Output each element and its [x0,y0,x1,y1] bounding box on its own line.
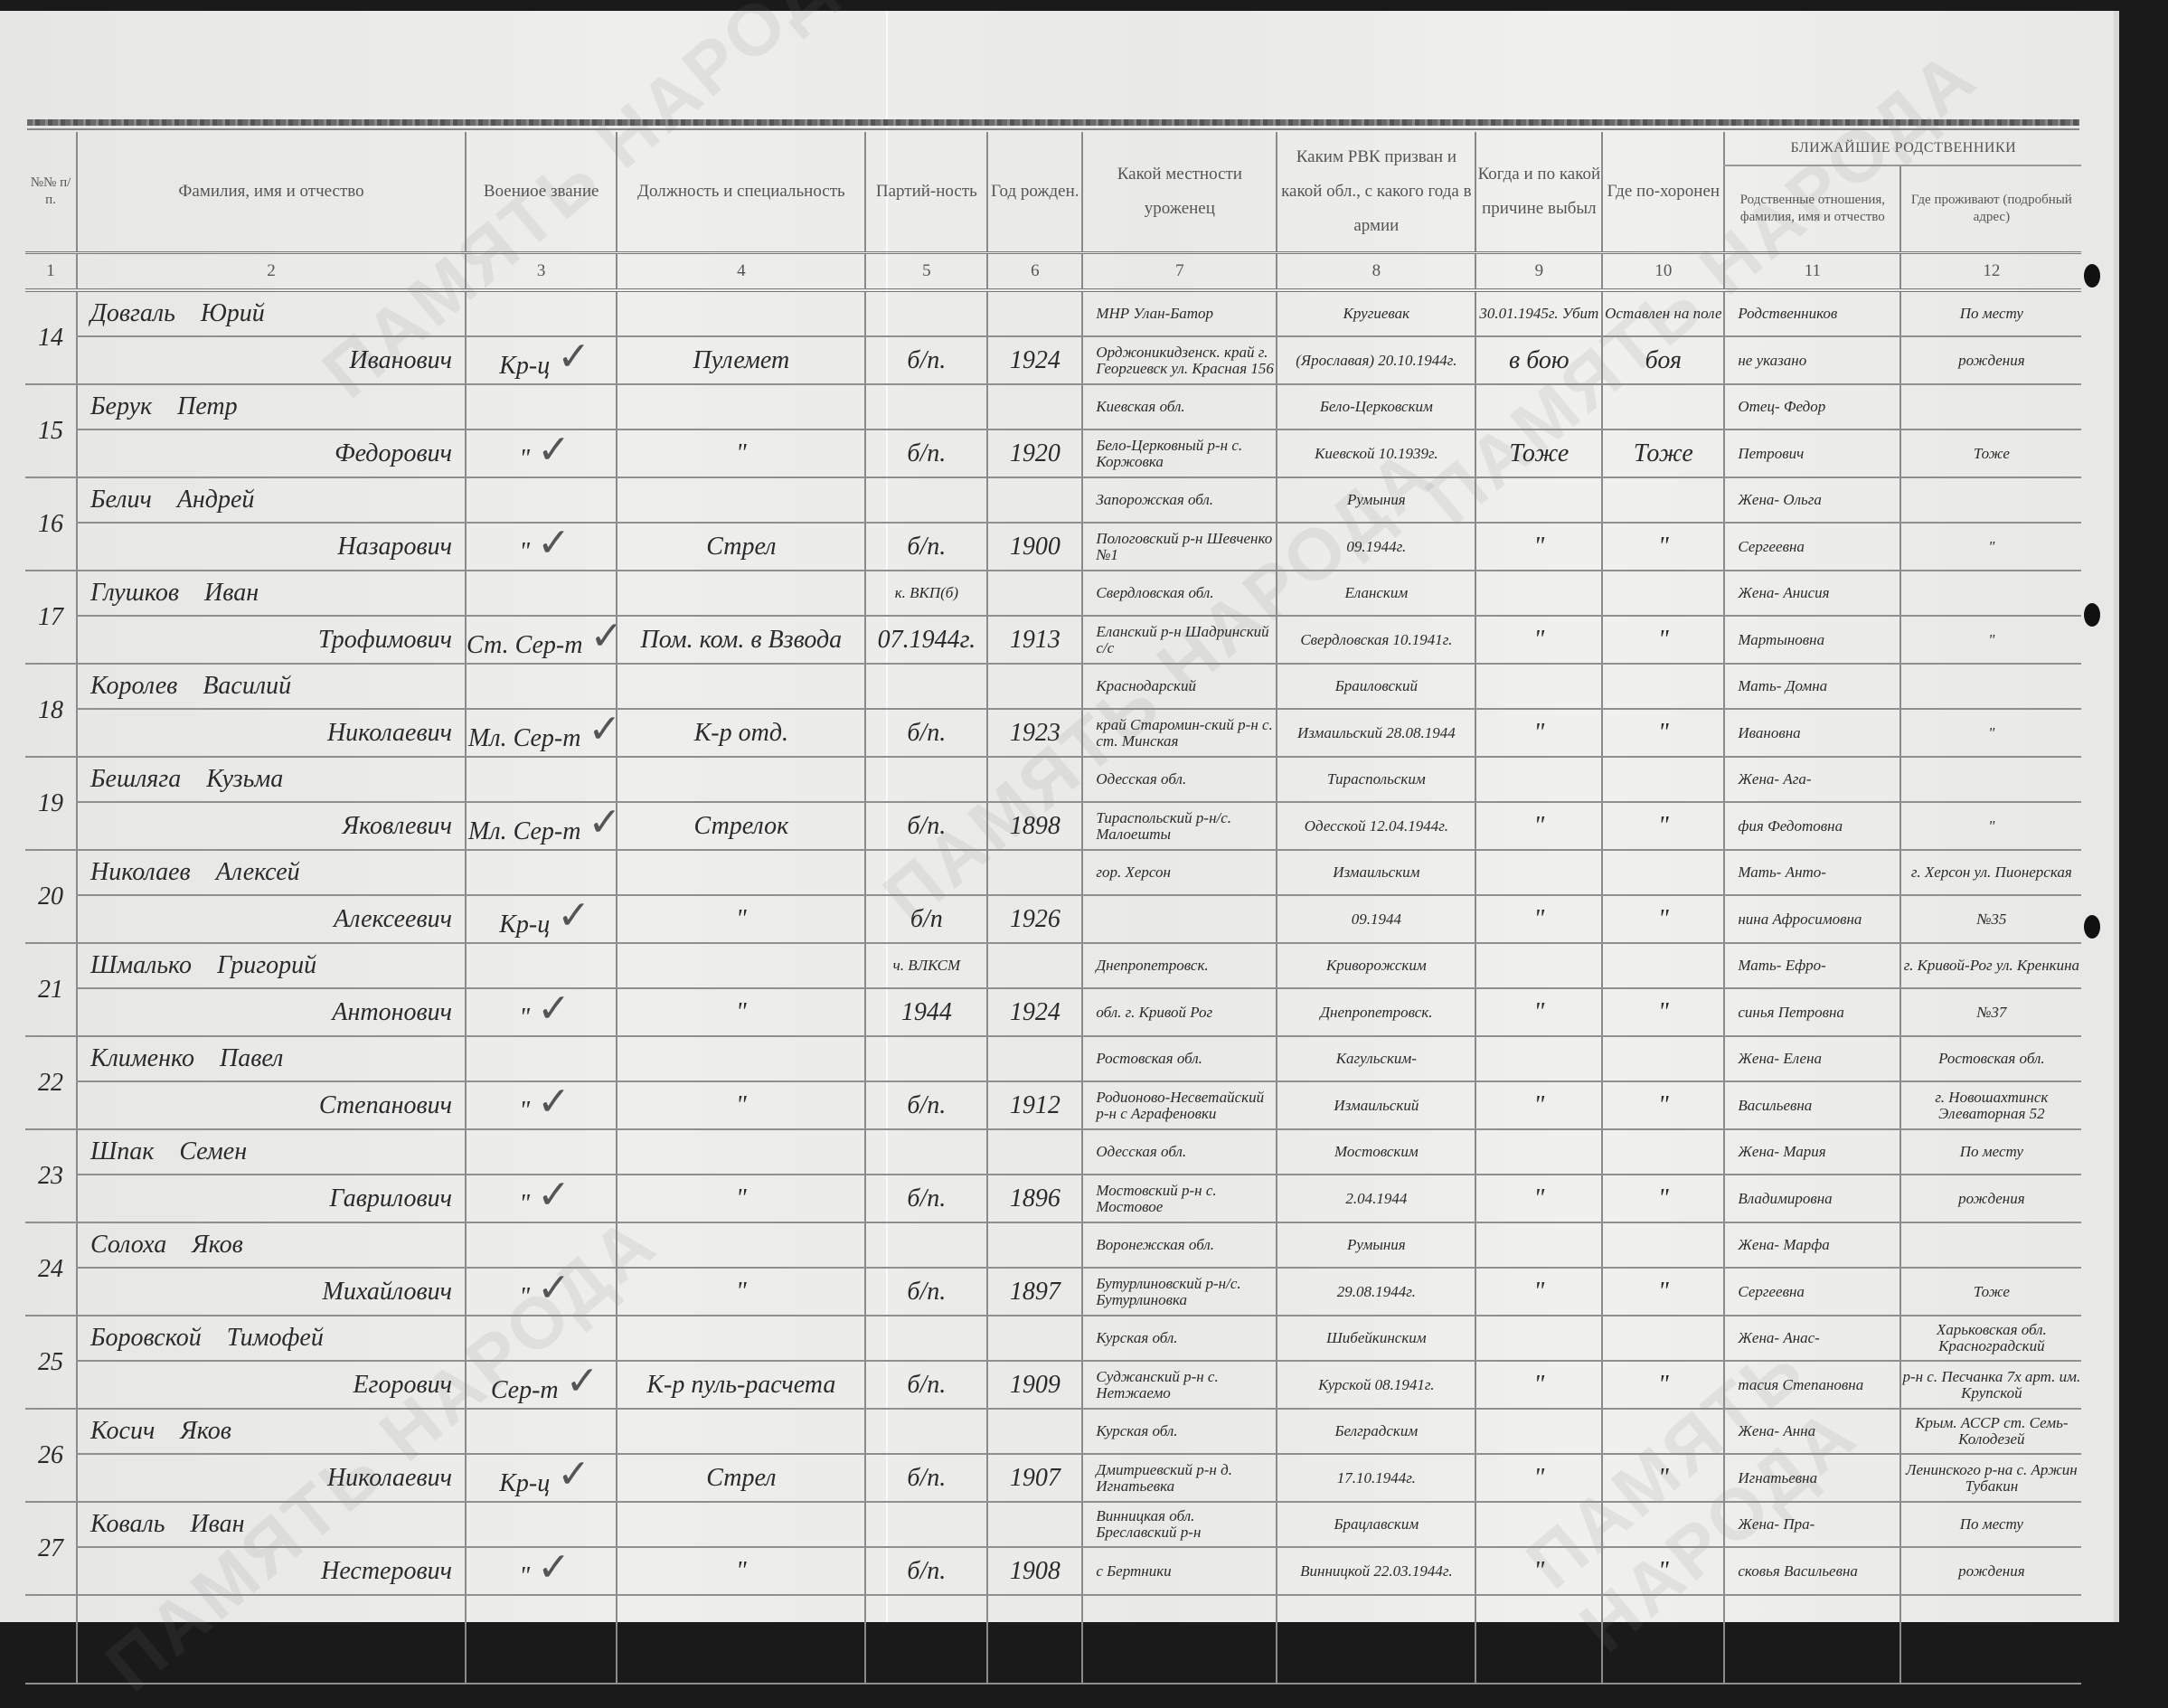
punch-hole [2084,603,2100,627]
party: б/п. [865,1081,987,1129]
row-number: 14 [25,290,77,384]
when-line1 [1475,1036,1602,1081]
table-row-line1: 19 Бешляга Кузьма Одесская обл. Тираспол… [25,757,2081,802]
origin-line1: Запорожская обл. [1082,477,1277,523]
party-line1 [865,1409,987,1454]
surname-name: Шмалько Григорий [77,943,466,988]
col-header-2: Фамилия, имя и отчество [77,132,466,253]
col-header-6: Год рожден. [987,132,1082,253]
row-number: 22 [25,1036,77,1129]
patronymic: Яковлевич [77,802,466,850]
buried-line2: " [1602,616,1724,664]
buried-line1 [1602,477,1724,523]
address-line2: Тоже [1900,1268,2081,1316]
when-line2: " [1475,1268,1602,1316]
relative-line2: Ивановна [1724,709,1900,757]
table-row-line1: 15 Берук Петр Киевская обл. Бело-Церковс… [25,384,2081,429]
origin-line2: Мостовский р-н с. Мостовое [1082,1175,1277,1222]
patronymic: Назарович [77,523,466,571]
empty-cell [466,1595,617,1634]
year-blank [987,757,1082,802]
table-row-line2: Антонович "✓ " 1944 1924 обл. г. Кривой … [25,988,2081,1036]
party-line1 [865,1129,987,1175]
origin-line2: с Бертники [1082,1547,1277,1595]
relative-line2: синья Петровна [1724,988,1900,1036]
rank-blank [466,477,617,523]
rvk-line2: Свердловская 10.1941г. [1277,616,1475,664]
when-line2: Тоже [1475,429,1602,477]
when-line1 [1475,943,1602,988]
year-blank [987,477,1082,523]
col-header-11: Родственные отношения, фамилия, имя и от… [1724,165,1900,253]
relative-line2: Владимировна [1724,1175,1900,1222]
buried-line1 [1602,1316,1724,1361]
rvk-line2: Киевской 10.1939г. [1277,429,1475,477]
address-line1: г. Кривой-Рог ул. Кренкина [1900,943,2081,988]
address-line2: рождения [1900,1547,2081,1595]
patronymic: Степанович [77,1081,466,1129]
rank-blank [466,664,617,709]
surname-name: Клименко Павел [77,1036,466,1081]
when-line1: 30.01.1945г. Убит [1475,290,1602,336]
buried-line1 [1602,1036,1724,1081]
buried-line2: " [1602,988,1724,1036]
document-sheet: ПАМЯТЬ НАРОДА ПАМЯТЬ НАРОДА ПАМЯТЬ НАРОД… [0,11,2119,1622]
party-line1 [865,664,987,709]
party-line1: ч. ВЛКСМ [865,943,987,988]
party-line1 [865,850,987,895]
rank: "✓ [466,1547,617,1595]
relative-line1: Жена- Пра- [1724,1502,1900,1547]
position-blank [617,1222,865,1268]
party-line1 [865,477,987,523]
table-row-line2: Николаевич Мл. Сер-т✓ К-р отд. б/п. 1923… [25,709,2081,757]
party: 07.1944г. [865,616,987,664]
party: б/п. [865,1547,987,1595]
rvk-line1: Криворожским [1277,943,1475,988]
checkmark-icon: ✓ [588,802,617,845]
address-line2: " [1900,616,2081,664]
relative-line2: не указано [1724,336,1900,384]
col-number: 7 [1082,253,1277,291]
rank: Сер-т✓ [466,1361,617,1409]
surname-name: Шпак Семен [77,1129,466,1175]
origin-line2: Дмитриевский р-н д. Игнатьевка [1082,1454,1277,1502]
surname-name: Косич Яков [77,1409,466,1454]
top-rule [27,119,2079,126]
address-line2: р-н с. Песчанка 7х арт. им. Крупской [1900,1361,2081,1409]
table-row-line1: 24 Солоха Яков Воронежская обл. Румыния … [25,1222,2081,1268]
empty-cell [1724,1595,1900,1634]
origin-line2: Тираспольский р-н/с. Малоешты [1082,802,1277,850]
birth-year: 1900 [987,523,1082,571]
table-row-line2: Гаврилович "✓ " б/п. 1896 Мостовский р-н… [25,1175,2081,1222]
address-line2: " [1900,523,2081,571]
relative-line2: Васильевна [1724,1081,1900,1129]
table-row-line2: Михайлович "✓ " б/п. 1897 Бутурлиновский… [25,1268,2081,1316]
table-row-line2: Николаевич Кр-ц✓ Стрел б/п. 1907 Дмитрие… [25,1454,2081,1502]
origin-line1: гор. Херсон [1082,850,1277,895]
patronymic: Алексеевич [77,895,466,943]
col-number: 3 [466,253,617,291]
col-number: 11 [1724,253,1900,291]
when-line2: " [1475,1081,1602,1129]
col-header-4: Должность и специальность [617,132,865,253]
relative-line1: Жена- Ольга [1724,477,1900,523]
origin-line1: Одесская обл. [1082,757,1277,802]
rank-blank [466,757,617,802]
address-line2: Тоже [1900,429,2081,477]
origin-line2: Орджоникидзенск. край г. Георгиевск ул. … [1082,336,1277,384]
relative-line1: Жена- Анас- [1724,1316,1900,1361]
table-row-line1: 21 Шмалько Григорий ч. ВЛКСМ Днепропетро… [25,943,2081,988]
surname-name: Королев Василий [77,664,466,709]
relative-line2: Мартыновна [1724,616,1900,664]
position: " [617,1175,865,1222]
birth-year: 1924 [987,336,1082,384]
position: Стрел [617,523,865,571]
when-line1 [1475,384,1602,429]
row-number: 27 [25,1502,77,1595]
punch-hole [2084,264,2100,288]
col-header-7: Какой местности уроженец [1082,132,1277,253]
rank-blank [466,384,617,429]
origin-line2: Еланский р-н Шадринский с/с [1082,616,1277,664]
relative-line1: Жена- Анна [1724,1409,1900,1454]
rvk-line2: Курской 08.1941г. [1277,1361,1475,1409]
buried-line2: Тоже [1602,429,1724,477]
relative-line1: Отец- Федор [1724,384,1900,429]
checkmark-icon: ✓ [557,895,590,938]
table-row-line2: Иванович Кр-ц✓ Пулемет б/п. 1924 Орджони… [25,336,2081,384]
position: К-р пуль-расчета [617,1361,865,1409]
origin-line1: Воронежская обл. [1082,1222,1277,1268]
top-rule-thin [27,128,2079,130]
party-line1 [865,384,987,429]
position: " [617,1081,865,1129]
table-row-line2: Трофимович Ст. Сер-т✓ Пом. ком. в Взвода… [25,616,2081,664]
buried-line2: " [1602,523,1724,571]
empty-cell [1900,1595,2081,1634]
rvk-line1: Брацлавским [1277,1502,1475,1547]
col-number: 4 [617,253,865,291]
origin-line1: Киевская обл. [1082,384,1277,429]
origin-line1: Днепропетровск. [1082,943,1277,988]
when-line2: " [1475,802,1602,850]
address-line2: рождения [1900,336,2081,384]
checkmark-icon: ✓ [557,336,590,379]
year-blank [987,1409,1082,1454]
year-blank [987,1129,1082,1175]
buried-line1 [1602,384,1724,429]
rvk-line1: Шибейкинским [1277,1316,1475,1361]
rank: Ст. Сер-т✓ [466,616,617,664]
rvk-line1: Бело-Церковским [1277,384,1475,429]
origin-line2: Суджанский р-н с. Нетжаемо [1082,1361,1277,1409]
table-row-line2: Степанович "✓ " б/п. 1912 Родионово-Несв… [25,1081,2081,1129]
address-line1 [1900,571,2081,616]
address-line2: №37 [1900,988,2081,1036]
address-line1: Крым. АССР ст. Семь-Колодезей [1900,1409,2081,1454]
buried-line1 [1602,1409,1724,1454]
punch-hole [2084,915,2100,939]
buried-line2: " [1602,709,1724,757]
rvk-line1: Измаильским [1277,850,1475,895]
checkmark-icon: ✓ [537,1547,570,1590]
position-blank [617,1316,865,1361]
relative-line1: Мать- Анто- [1724,850,1900,895]
rvk-line1: Кагульским- [1277,1036,1475,1081]
checkmark-icon: ✓ [537,1175,570,1217]
party-line1: к. ВКП(б) [865,571,987,616]
when-line2: в бою [1475,336,1602,384]
table-row-line2: Егорович Сер-т✓ К-р пуль-расчета б/п. 19… [25,1361,2081,1409]
buried-line2: боя [1602,336,1724,384]
address-line2: рождения [1900,1175,2081,1222]
table-row-line1: 14 Довгаль Юрий МНР Улан-Батор Кругиевак… [25,290,2081,336]
when-line2: " [1475,895,1602,943]
party: б/п. [865,1175,987,1222]
rvk-line1: Румыния [1277,477,1475,523]
relative-line2: сковья Васильевна [1724,1547,1900,1595]
rvk-line1: Румыния [1277,1222,1475,1268]
table-row-line1: 23 Шпак Семен Одесская обл. Мостовским Ж… [25,1129,2081,1175]
table-body: 14 Довгаль Юрий МНР Улан-Батор Кругиевак… [25,290,2081,1634]
row-number: 17 [25,571,77,664]
rvk-line1: Тираспольским [1277,757,1475,802]
rank-blank [466,1409,617,1454]
checkmark-icon: ✓ [537,429,570,472]
row-number: 26 [25,1409,77,1502]
position: Стрелок [617,802,865,850]
birth-year: 1923 [987,709,1082,757]
when-line1 [1475,850,1602,895]
col-header-9: Когда и по какой причине выбыл [1475,132,1602,253]
address-line1: Ростовская обл. [1900,1036,2081,1081]
year-blank [987,943,1082,988]
buried-line2: " [1602,1454,1724,1502]
buried-line2: " [1602,1361,1724,1409]
buried-line2: " [1602,1268,1724,1316]
position-blank [617,477,865,523]
empty-cell [987,1595,1082,1634]
buried-line2: " [1602,895,1724,943]
table-row-line2: Федорович "✓ " б/п. 1920 Бело-Церковный … [25,429,2081,477]
year-blank [987,850,1082,895]
address-line1: По месту [1900,290,2081,336]
party: б/п. [865,1268,987,1316]
position: Стрел [617,1454,865,1502]
col-number: 1 [25,253,77,291]
address-line2: " [1900,802,2081,850]
origin-line2: Родионово-Несветайский р-н с Аграфеновки [1082,1081,1277,1129]
position: К-р отд. [617,709,865,757]
rank-blank [466,943,617,988]
birth-year: 1920 [987,429,1082,477]
position: " [617,988,865,1036]
buried-line1 [1602,757,1724,802]
address-line1 [1900,1222,2081,1268]
table-row-line1: 22 Клименко Павел Ростовская обл. Кагуль… [25,1036,2081,1081]
rank-blank [466,850,617,895]
when-line2: " [1475,1361,1602,1409]
surname-name: Боровской Тимофей [77,1316,466,1361]
col-number: 9 [1475,253,1602,291]
address-line1: г. Херсон ул. Пионерская [1900,850,2081,895]
position-blank [617,571,865,616]
birth-year: 1908 [987,1547,1082,1595]
address-line1 [1900,757,2081,802]
patronymic: Федорович [77,429,466,477]
position-blank [617,290,865,336]
table-row-line2: Назарович "✓ Стрел б/п. 1900 Пологовский… [25,523,2081,571]
table-row-line1: 16 Белич Андрей Запорожская обл. Румыния… [25,477,2081,523]
rank-blank [466,1316,617,1361]
party: б/п. [865,802,987,850]
rvk-line2: 2.04.1944 [1277,1175,1475,1222]
party: б/п. [865,429,987,477]
rank: Кр-ц✓ [466,1454,617,1502]
rank: Мл. Сер-т✓ [466,802,617,850]
position: Пом. ком. в Взвода [617,616,865,664]
row-number: 20 [25,850,77,943]
empty-cell [865,1595,987,1634]
address-line2: " [1900,709,2081,757]
table-row-line1: 20 Николаев Алексей гор. Херсон Измаильс… [25,850,2081,895]
when-line1 [1475,757,1602,802]
relative-line1: Жена- Ага- [1724,757,1900,802]
position: " [617,429,865,477]
position: " [617,1268,865,1316]
address-line1: По месту [1900,1502,2081,1547]
position-blank [617,384,865,429]
buried-line2: " [1602,802,1724,850]
when-line1 [1475,1316,1602,1361]
buried-line1 [1602,571,1724,616]
rank: "✓ [466,429,617,477]
empty-cell [1602,1595,1724,1634]
when-line2: " [1475,1175,1602,1222]
when-line1 [1475,477,1602,523]
patronymic: Трофимович [77,616,466,664]
rvk-line2: (Ярославая) 20.10.1944г. [1277,336,1475,384]
year-blank [987,384,1082,429]
when-line2: " [1475,1547,1602,1595]
position-blank [617,850,865,895]
table-row-line1: 17 Глушков Иван к. ВКП(б) Свердловская о… [25,571,2081,616]
patronymic: Гаврилович [77,1175,466,1222]
when-line1 [1475,1502,1602,1547]
address-line2: г. Новошахтинск Элеваторная 52 [1900,1081,2081,1129]
birth-year: 1926 [987,895,1082,943]
row-number: 25 [25,1316,77,1409]
checkmark-icon: ✓ [557,1454,590,1496]
position-blank [617,1409,865,1454]
rank-blank [466,1222,617,1268]
patronymic: Михайлович [77,1268,466,1316]
position: Пулемет [617,336,865,384]
when-line2: " [1475,1454,1602,1502]
col-header-8: Каким РВК призван и какой обл., с какого… [1277,132,1475,253]
party: б/п. [865,336,987,384]
relative-line1: Мать- Ефро- [1724,943,1900,988]
col-header-12: Где проживают (подробный адрес) [1900,165,2081,253]
buried-line1 [1602,1502,1724,1547]
rvk-line2: Винницкой 22.03.1944г. [1277,1547,1475,1595]
checkmark-icon: ✓ [566,1361,599,1403]
origin-line1: Винницкая обл. Бреславский р-н [1082,1502,1277,1547]
table-row-line1: 26 Косич Яков Курская обл. Белградским Ж… [25,1409,2081,1454]
party: 1944 [865,988,987,1036]
position-blank [617,664,865,709]
row-number: 19 [25,757,77,850]
rank: "✓ [466,1175,617,1222]
buried-line1 [1602,850,1724,895]
rvk-line2: Измаильский 28.08.1944 [1277,709,1475,757]
origin-line1: Свердловская обл. [1082,571,1277,616]
position-blank [617,943,865,988]
birth-year: 1907 [987,1454,1082,1502]
when-line2: " [1475,988,1602,1036]
rvk-line2: 09.1944г. [1277,523,1475,571]
when-line1 [1475,1129,1602,1175]
row-number: 16 [25,477,77,571]
position: " [617,895,865,943]
relatives-group-header: БЛИЖАЙШИЕ РОДСТВЕННИКИ [1724,132,2081,165]
position-blank [617,1129,865,1175]
col-header-3: Воениое звание [466,132,617,253]
relative-line2: Петрович [1724,429,1900,477]
birth-year: 1912 [987,1081,1082,1129]
relative-line1: Мать- Домна [1724,664,1900,709]
year-blank [987,290,1082,336]
origin-line2: обл. г. Кривой Рог [1082,988,1277,1036]
origin-line2: Бутурлиновский р-н/с. Бутурлиновка [1082,1268,1277,1316]
patronymic: Нестерович [77,1547,466,1595]
relative-line1: Жена- Анисия [1724,571,1900,616]
address-line1: По месту [1900,1129,2081,1175]
position-blank [617,1502,865,1547]
birth-year: 1913 [987,616,1082,664]
buried-line1 [1602,943,1724,988]
table-row-line2: Яковлевич Мл. Сер-т✓ Стрелок б/п. 1898 Т… [25,802,2081,850]
empty-cell [77,1595,466,1634]
patronymic: Николаевич [77,709,466,757]
address-line2: Ленинского р-на с. Аржин Тубакин [1900,1454,2081,1502]
party: б/п [865,895,987,943]
position-blank [617,1036,865,1081]
year-blank [987,571,1082,616]
address-line1: Харьковская обл. Красноградский [1900,1316,2081,1361]
rank: "✓ [466,523,617,571]
relative-line1: Жена- Мария [1724,1129,1900,1175]
position-blank [617,757,865,802]
party-line1 [865,1036,987,1081]
birth-year: 1896 [987,1175,1082,1222]
year-blank [987,1036,1082,1081]
rvk-line2: 09.1944 [1277,895,1475,943]
origin-line1: Одесская обл. [1082,1129,1277,1175]
row-number: 23 [25,1129,77,1222]
year-blank [987,1222,1082,1268]
header-row: №№ п/п. Фамилия, имя и отчество Воениое … [25,132,2081,165]
birth-year: 1898 [987,802,1082,850]
buried-line1: Оставлен на поле [1602,290,1724,336]
empty-cell [617,1595,865,1634]
party-line1 [865,290,987,336]
checkmark-icon: ✓ [537,1268,570,1310]
surname-name: Белич Андрей [77,477,466,523]
